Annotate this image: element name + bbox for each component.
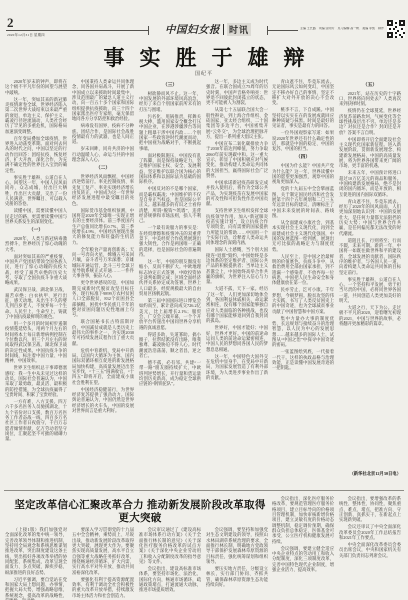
- issue-date: 2020年12月31日 星期四: [7, 32, 45, 37]
- paragraph: 世界好，中国才能好；中国好，世界才更好。中国的前途命运同人类的前途命运紧密相连，…: [206, 325, 268, 352]
- paragraph: （上接1版）我们加强党对全面深化改革的集中统一领导，完善改革领导体制和推进机制，…: [5, 527, 67, 575]
- paragraph: 疫情仍在全球蔓延，世界经济复苏前路坎坷，气候变化等全球性挑战层出不穷。单边还是多…: [339, 108, 401, 135]
- paragraph: 武汉保卫战、湖北保卫战，艰苦卓绝；白衣执甲、逆行出征，感天动地。从出生不久的婴儿…: [5, 287, 67, 319]
- paragraph: 从第七十五届联合国大会一般性辩论，到上海合作组织、金砖国家、亚太经合组织、二十国…: [206, 107, 268, 139]
- section-marker: （四）: [272, 155, 334, 160]
- newspaper-page: 2 2020年12月31日 星期四 中国妇女报 时讯 主编 王长路 责编 张明芳…: [0, 0, 408, 600]
- article2-title: 坚定改革信心汇聚改革合力 推动新发展阶段改革取得更大突破: [12, 499, 268, 525]
- paragraph: 德不孤，必有邻。共建“一带一路”朋友圈持续扩大，中欧班列逆势增长，开行量和货运量…: [139, 360, 201, 387]
- paragraph: 一张蓝图绘到底，一代接着一代干。这样的执政品格与治理效能，正是读懂中国发展奇迹的…: [272, 349, 334, 370]
- paragraph: 习近平强调，要自觉站在党和国家大局上想问题、办事情，把握大局大势，增强战略思维、…: [5, 577, 67, 600]
- section-marker: （二）: [72, 166, 134, 171]
- qr-code: [387, 20, 405, 38]
- article-column-4: 这一年，多边主义成为时代强音。在联合国成立75周年的历史时刻，中国声音格外响亮：…: [206, 79, 268, 478]
- article2-column-1: （上接1版）我们加强党对全面深化改革的集中统一领导，完善改革领导体制和推进机制，…: [5, 527, 67, 600]
- paragraph: 得道多助，失道寡助。搞小圈子、拉帮结派没有出路，唯我独尊、霸凌胁迫不得人心。时代…: [139, 332, 201, 359]
- paragraph: 2021年，站在历史的十字路口，世界将向何处去？人类再次来到抉择时刻。: [339, 91, 401, 107]
- paragraph: 2020年，人类与新冠病毒激烈搏斗，世界经历了惊心动魄的大考。: [5, 236, 67, 252]
- paragraph: 中国宣布二氧化碳排放力争于2030年前达到峰值，努力争取2060年前实现碳中和。…: [206, 141, 268, 178]
- masthead-divider: [223, 24, 224, 35]
- paragraph: 读懂中国，需要读懂中国人民走过的路，更需要读懂中国与世界关系发生的深刻变化。: [5, 208, 67, 224]
- section-marker: （五）: [339, 83, 401, 88]
- paragraph: 这一年，中国的朋友圈没有缩小，反而不断扩大。中欧地理标志协定正式签署，中欧投资协…: [139, 259, 201, 296]
- paragraph: 大道之行，天下为公。走过极不平凡的2020，迎着曙光初现的2021，中国与世界的…: [339, 305, 401, 326]
- article-column-3: （三）树欲静而风不止。这一年，中国发展的外部环境风高浪急，经历了来自个别国家前所…: [139, 79, 201, 478]
- paragraph: 会议强调，要坚持和加强党对生态文明建设的领导，按照山水林田湖草系统治理的要求，全…: [206, 527, 268, 564]
- paragraph: 一个最有说服力的事实是：在经贸摩擦和疫情冲击的双重背景下，中美经贸合作依然展现出…: [139, 225, 201, 257]
- article-byline: 国纪平: [0, 70, 408, 77]
- paragraph: 国际货币基金组织预测，中国将是2020年全球唯一实现正增长的主要经济体。前三季度…: [72, 208, 134, 245]
- paragraph: 中央全面深化改革委员会委员出席会议，中央和国家机关有关部门负责同志列席会议。: [339, 542, 401, 558]
- paragraph: 会议指出，要增强改革的系统性、整体性、协同性，聚焦重点、难点、堵点，把准方向、守…: [339, 496, 401, 523]
- paragraph: 更令世界感叹的是，中国如期完成新时代脱贫攻坚目标任务，现行标准下9899万农村贫…: [72, 280, 134, 317]
- paragraph: 集中力量办大事的制度优势，长远规划与接续奋斗的治理智慧，以人民为中心的发展思想……: [272, 316, 334, 348]
- article-column-1: 2020年岁末的钟声，即将在这个极不平凡年份的回望与展望中敲响。这一年，突如其来…: [5, 79, 67, 478]
- paragraph: 从全面建成小康社会，到基本实现社会主义现代化，再到全面建成社会主义现代化强国，中…: [272, 220, 334, 252]
- paragraph: 一方有难，八方支援。四万六千多名医务人员驰援湖北，十九个省份对口支援，数百万名医…: [5, 399, 67, 442]
- paragraph: 道阻且长，行则将至；行而不辍，未来可期。新的一年，中国将一如既往做世界和平的建设…: [339, 238, 401, 275]
- paragraph: 要压实地方责任，分级设立林长，实行部门协同、齐抓共管，确保森林草原资源生态功能持…: [206, 566, 268, 587]
- paragraph: 世界卫生组织总干事谭德塞感叹：我一生中从未见过这样的动员。国际社会普遍认为，中国…: [5, 365, 67, 397]
- paragraph: 病毒没有国界，疫病不分种族。团结合作，是国际社会战胜疫情最有力的武器，也是人间正…: [72, 123, 134, 144]
- article-title: 事实胜于雄辩: [0, 42, 408, 72]
- paragraph: 中国秉持人类命运共同体理念，同各国并肩战斗，开展了新中国成立以来援助时间最集中、…: [72, 79, 134, 122]
- paragraph: 世界经济风雨飘摇，中国经济逆势前行。率先控制疫情、率先复工复产、率先实现经济增长…: [72, 174, 134, 206]
- header-rule-left: [6, 30, 148, 31]
- paragraph: 百年变局叠加全球疫情，世界进入动荡变革期。面对何去何从的时代之问，中国以坚定的行…: [5, 136, 67, 173]
- paragraph: 这一年，多边主义成为时代强音。在联合国成立75周年的历史时刻，中国声音格外响亮：…: [206, 79, 268, 106]
- article-column-6: （五）2021年，站在历史的十字路口，世界将向何处去？人类再次来到抉择时刻。疫情…: [339, 79, 401, 467]
- paragraph: 这一年，突如其来的新冠肺炎疫情席卷全球，世界经济陷入第二次世界大战结束以来最严重…: [5, 97, 67, 134]
- paragraph: 中国反对的不是哪个国家，而是霸权霸凌；中国维护的不仅是自身正当权益，也是国际公平…: [139, 186, 201, 223]
- section-marker: （三）: [139, 83, 201, 88]
- paragraph: 未来五年，中国预计将进口超过10万亿美元的商品和服务。中国构建新发展格局，绝不是…: [339, 170, 401, 197]
- paragraph: 树欲静而风不止。这一年，中国发展的外部环境风高浪急，经历了来自个别国家前所未有的…: [139, 91, 201, 112]
- article2-column-5: 会议指出，深化医疗服务价格改革，要规范管理医疗服务价格项目，建立目标导向的价格项…: [272, 496, 334, 600]
- editor-credits: 主编 王长路 责编 张明芳 见习编辑 高一帆 美编 李凯 制作 全伟: [300, 27, 384, 31]
- newspaper-name: 中国妇女报: [165, 22, 220, 37]
- article-divider-rule: [4, 490, 404, 491]
- paragraph: 要深入学习贯彻党的十九届五中全会精神，乘势而上、尽锐出战，推动新发展阶段改革取得…: [72, 527, 134, 575]
- article2-column-6: 会议指出，要增强改革的系统性、整体性、协同性，聚焦重点、难点、堵点，把准方向、守…: [339, 496, 401, 600]
- section-name: 时讯: [227, 23, 251, 36]
- paragraph: 会议指出，深化医疗服务价格改革，要规范管理医疗服务价格项目，建立目标导向的价格项…: [272, 496, 334, 544]
- wire-credit: （新华社北京12月30日电）: [330, 471, 401, 477]
- paragraph: 会议指出，建设高标准市场体系，要坚持市场化、法治化、国际化方向，畅通市场循环，疏…: [139, 566, 201, 593]
- paragraph: 用一个多月的时间初步遏制疫情蔓延势头，用两个月左右的时间将本土每日新增病例控制在…: [5, 321, 67, 364]
- paragraph: 这一年，中国特色大国外交在危机中显身手，在变局中开新局，为国家发展营造了有利外部…: [206, 354, 268, 381]
- paragraph: 一位外国观察家写道：如果说2020年世界还有什么确定性的话，那就是中国的稳定、中…: [272, 130, 334, 151]
- masthead-left-tick: [148, 26, 149, 35]
- paragraph: 中国经济稳健前行，为世界经济复苏提供了强劲动力。国际舆论普遍认为，中国仍然是世界…: [72, 387, 134, 414]
- page-number: 2: [7, 17, 14, 29]
- paragraph: 党的十九届五中全会擘画蓝图，关于制定国民经济和社会发展第十四个五年规划和二〇三五…: [272, 186, 334, 218]
- paragraph: 危机中育新机，变局中开新局。以国内大循环为主体、国内国际双循环相互促进的新发展格…: [72, 348, 134, 385]
- paragraph: 桃李不言，下自成蹊。中国坚持以实实在在的发展成就回应种种质疑与抹黑。时间是最好的…: [272, 107, 334, 128]
- paragraph: 会议审议通过了《建设高标准市场体系行动方案》《关于全面推行林长制的意见》《关于深…: [139, 527, 201, 564]
- paragraph: 大道不孤，天下一家。经历了这一年，人们更加深切地体会到，各国利益休戚相关、命运紧…: [206, 286, 268, 323]
- paragraph: 民亦劳止，汔可小康。千年梦想，今朝梦圆。脱贫攻坚的伟大实践，书写了人类反贫困史上…: [272, 287, 334, 314]
- paragraph: 会议还审议了中央全面深化改革委员会2020年工作总结报告和2021年工作要点。: [339, 524, 401, 540]
- paragraph: 青山遮不住，毕竟东流去。经历了2020年的风风雨雨，人们更加深刻地认识到：中国的…: [339, 199, 401, 236]
- article2-column-2: 要深入学习贯彻党的十九届五中全会精神，乘势而上、尽锐出战，推动新发展阶段改革取得…: [72, 527, 134, 600]
- paragraph: 中国即将开启全面建设社会主义现代化国家新征程。进入新发展阶段、贯彻新发展理念、构…: [339, 137, 401, 169]
- header-rule-right: [268, 30, 298, 31]
- article-column-5: 青山遮不住，毕竟东流去。无论国际风云如何变幻，中国坚定不移办好自己的事情、坚定不…: [272, 79, 334, 478]
- paragraph: 联合国秘书长古特雷斯评价，中国减贫成就是人类历史上最伟大的事件之一，为实现203…: [72, 319, 134, 346]
- article2-column-4: 会议强调，要坚持和加强党对生态文明建设的领导，按照山水林田湖草系统治理的要求，全…: [206, 527, 268, 600]
- paragraph: 支持世界卫生组织发挥全球抗疫领导作用，加入“新冠肺炎疫苗实施计划”，设立抗疫合作…: [206, 208, 268, 245]
- masthead: 中国妇女报 时讯: [150, 21, 266, 38]
- paragraph: 面对突如其来的严重疫情，中国共产党团结带领全国各族人民，进行了惊心动魄的抗疫大战…: [5, 254, 67, 286]
- article2-column-3: 会议审议通过了《建设高标准市场体系行动方案》《关于全面推行林长制的意见》《关于深…: [139, 527, 201, 600]
- paragraph: 事实胜于雄辩，公道自在人心。一个坚持和平发展、勇于担当尽责的中国，必将同世界各国…: [339, 277, 401, 304]
- paragraph: 2020年岁末的钟声，即将在这个极不平凡年份的回望与展望中敲响。: [5, 79, 67, 95]
- paragraph: 要强化有利于提高资源配置效率、有利于调动全社会积极性的重大改革开放举措，持续激发…: [72, 577, 134, 598]
- paragraph: 岁末回眸，同舟共济的中国行动温暖人心，命运与共的中国理念深入人心。: [72, 146, 134, 162]
- article-column-2: 中国秉持人类命运共同体理念，同各国并肩战斗，开展了新中国成立以来援助时间最集中、…: [72, 79, 134, 478]
- paragraph: 事实胜于雄辩，公道自在人心。回望这一年，中国人民风雨同舟、众志成城，付出巨大牺牲…: [5, 175, 67, 207]
- paragraph: 中国为什么能？中国共产党为什么能？这一年，世界读懂中国的愿望更加强烈，观察中国的…: [272, 163, 334, 184]
- section-marker: （一）: [5, 228, 67, 233]
- paragraph: 第三届中国国际进口博览会如约而至，累计意向成交726.2亿美元，比上届增长2.1…: [139, 298, 201, 330]
- paragraph: 国际人士感慨，当个别大国接连“退群”毁约，中国始终是多边体系的坚定维护者、国际公…: [206, 247, 268, 284]
- paragraph: 青山遮不住，毕竟东流去。无论国际风云如何变幻，中国坚定不移办好自己的事情、坚定不…: [272, 79, 334, 106]
- paragraph: 全年粮食产量再创新高；天问一号奔向火星，嫦娥五号采回月壤，奋斗者号万米深潜；京雄…: [72, 247, 134, 279]
- paragraph: 人民至上，是中国之治最鲜明的价值底色。抗疫斗争中，从救治费用全部由国家承担，到不…: [272, 254, 334, 286]
- paragraph: 中国承诺新冠疫苗研发完成并投入使用后，将作为全球公共产品，为实现疫苗在发展中国家…: [206, 180, 268, 207]
- paragraph: 面对极限施压，中国没有乱了阵脚，而是保持战略定力，坚定维护国家主权、安全、发展利…: [139, 153, 201, 185]
- paragraph: 污名化、甩锅推责，挥舞关税大棒，滥用国家安全概念打压中国企业，在涉港涉疆涉台等问…: [139, 114, 201, 151]
- paragraph: 会议强调，要建立健全适应中央企业特点的劳动用工和收入分配制度，深化三项制度改革，…: [272, 546, 334, 573]
